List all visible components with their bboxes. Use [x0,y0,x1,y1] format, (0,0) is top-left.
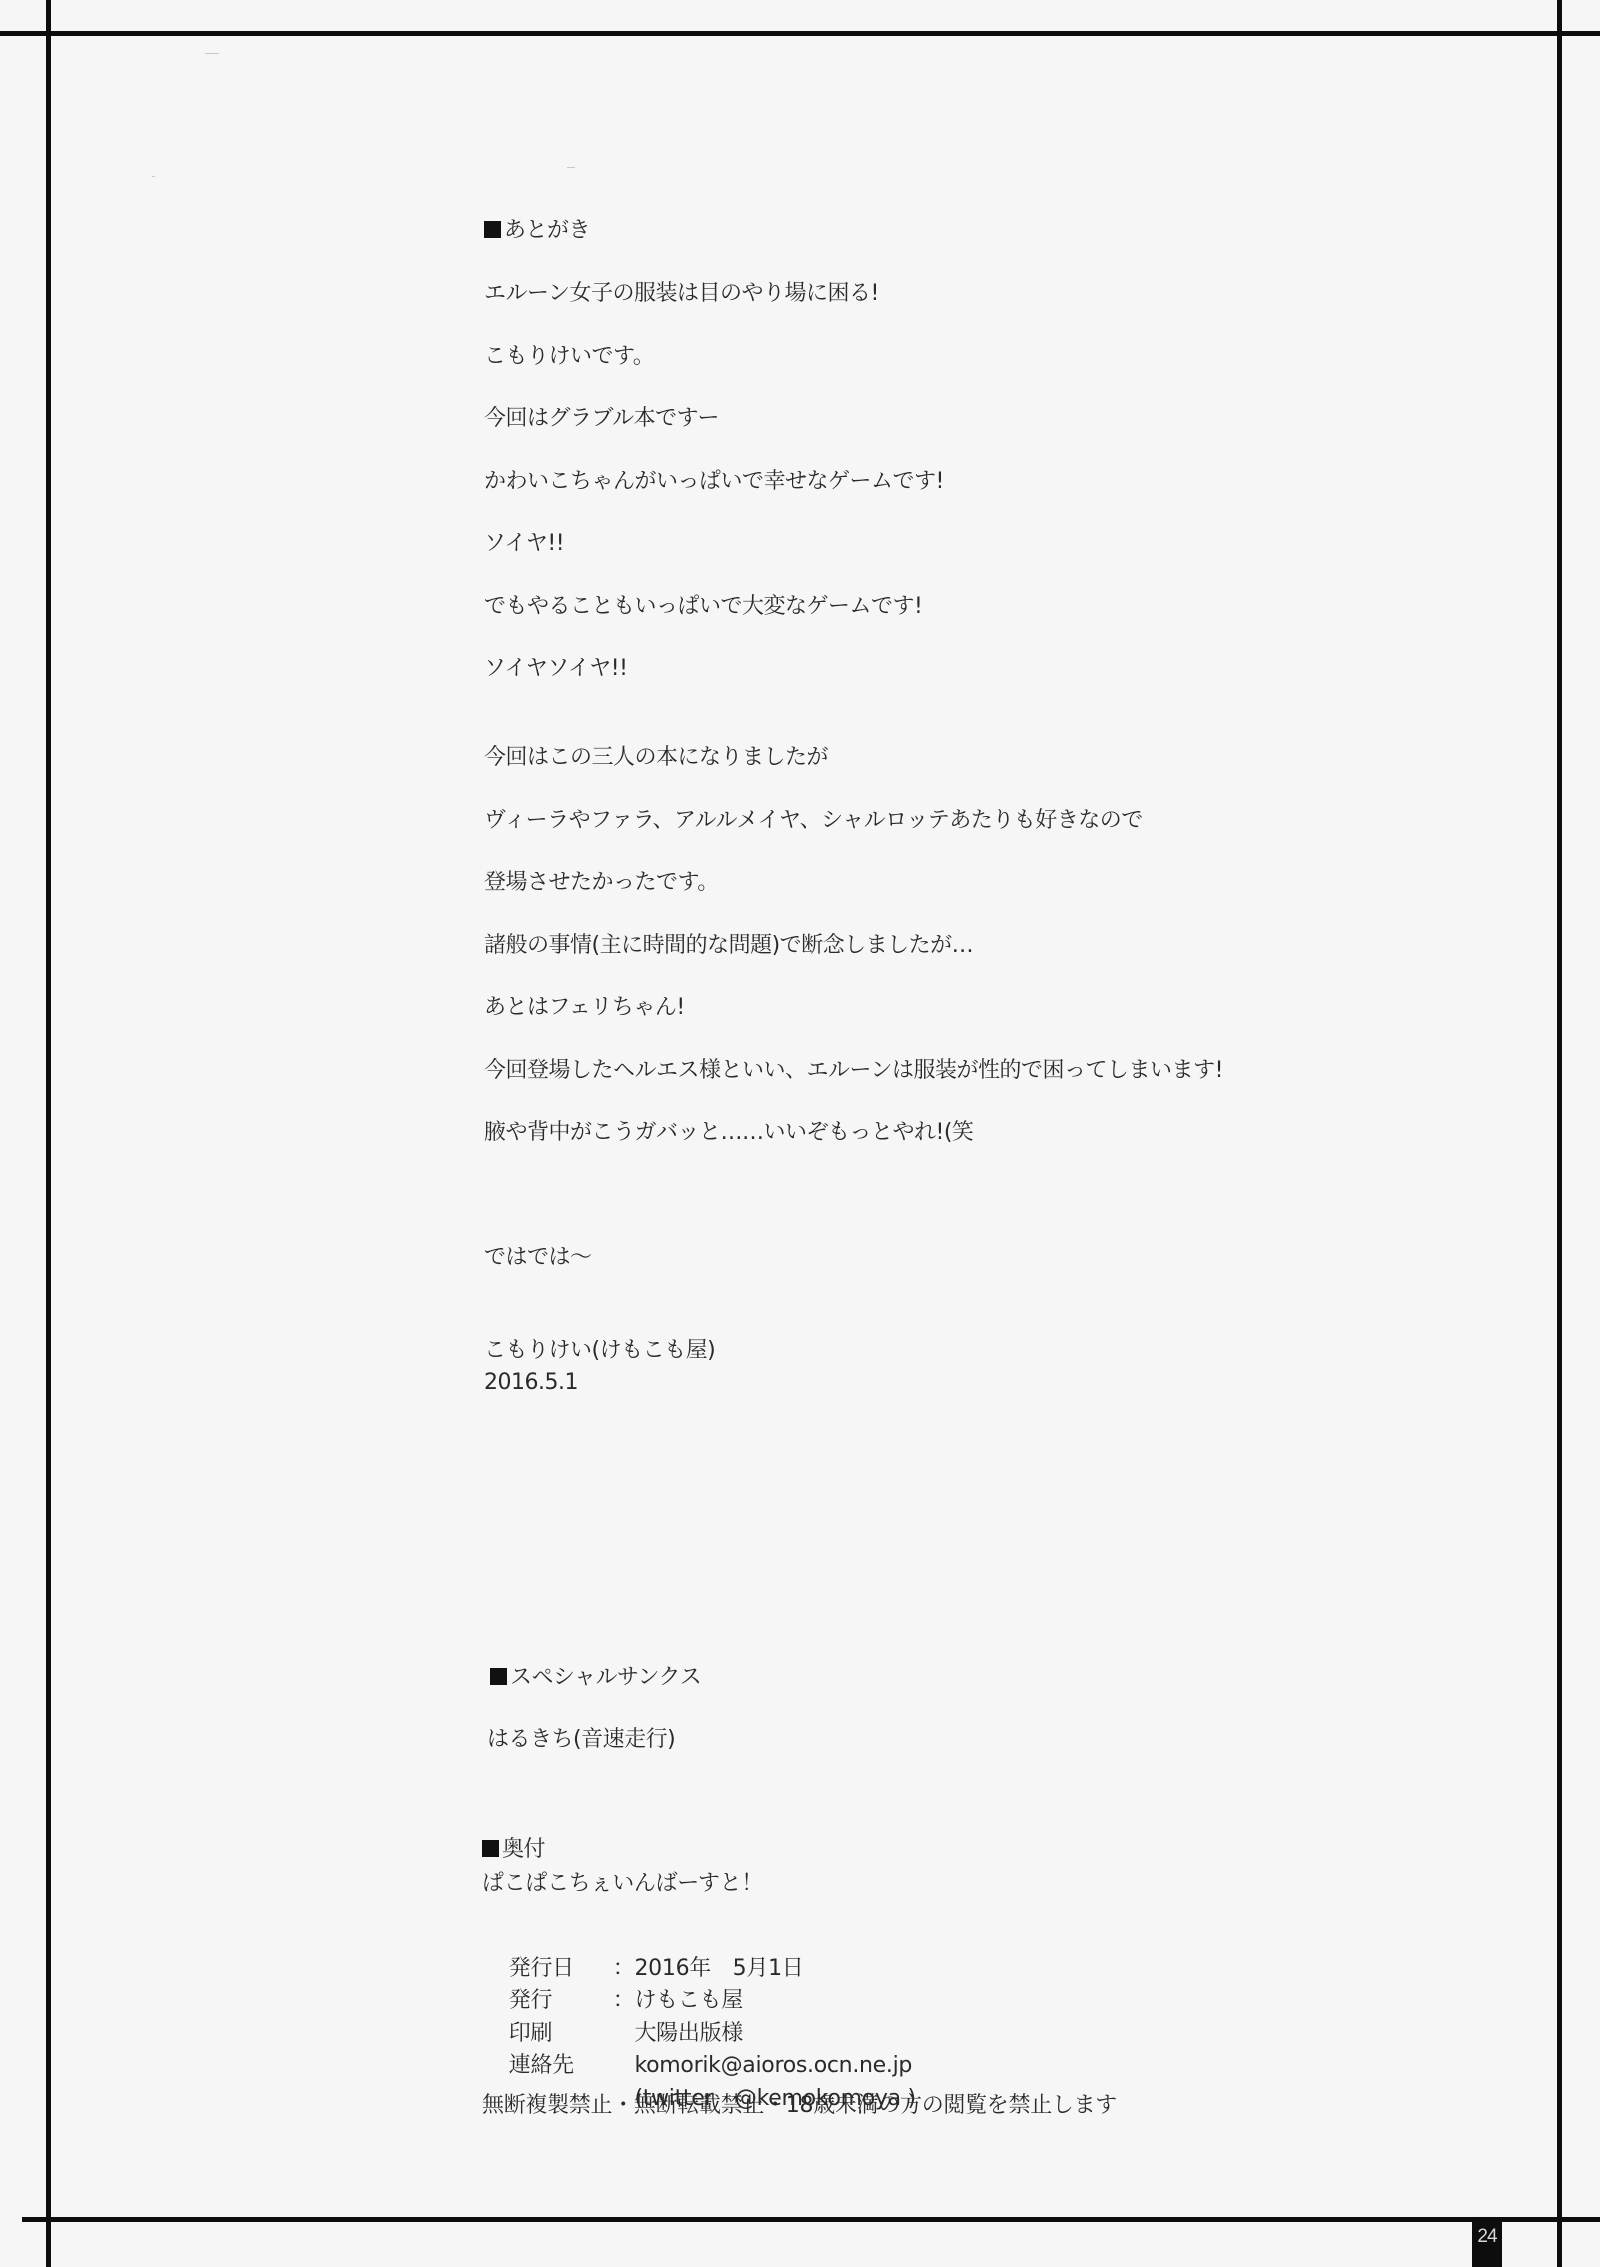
frame-rule-top [0,31,1600,36]
black-square-bullet-icon [484,221,501,238]
special-thanks-name: はるきち(音速走行) [487,1727,675,1753]
afterword-line: 諸般の事情(主に時間的な問題)で断念しましたが… [484,933,973,959]
afterword-date: 2016.5.1 [484,1370,578,1396]
afterword-line: 今回はこの三人の本になりましたが [484,745,828,771]
black-square-bullet-icon [482,1840,499,1857]
special-thanks-heading-text: スペシャルサンクス [510,1665,701,1690]
afterword-line: かわいこちゃんがいっぱいで幸せなゲームです! [484,469,944,495]
afterword-line: こもりけいです。 [484,344,654,370]
scan-speck [205,53,219,54]
scan-speck [567,167,575,168]
colophon-heading: 奥付 [482,1837,545,1863]
afterword-line: 今回はグラブル本ですー [484,406,719,432]
afterword-line: あとはフェリちゃん! [484,995,685,1021]
frame-rule-left [46,0,51,2267]
black-square-bullet-icon [490,1668,507,1685]
afterword-line: ソイヤ!! [484,531,564,557]
colophon-heading-text: 奥付 [502,1837,545,1862]
afterword-signature: こもりけい(けもこも屋) [484,1338,715,1364]
afterword-line: エルーン女子の服装は目のやり場に困る! [484,281,879,307]
special-thanks-heading: スペシャルサンクス [490,1665,701,1691]
scan-speck [152,176,155,177]
frame-rule-right [1557,0,1562,2267]
colophon-book-title: ぱこぱこちぇいんばーすと！ [482,1871,763,1897]
page-number: 24 [1472,2217,1502,2267]
afterword-heading-text: あとがき [504,218,590,243]
frame-rule-bottom [22,2217,1600,2222]
afterword-line: でもやることもいっぱいで大変なゲームです! [484,594,922,620]
afterword-line: ヴィーラやファラ、アルルメイヤ、シャルロッテあたりも好きなので [484,808,1143,834]
afterword-line: 腋や背中がこうガバッと……いいぞもっとやれ!(笑 [484,1120,973,1146]
afterword-closing: ではでは～ [484,1245,592,1271]
afterword-heading: あとがき [484,218,590,244]
afterword-line: 登場させたかったです。 [484,870,719,896]
colophon-notice: 無断複製禁止・無断転載禁止・18歳未満の方の閲覧を禁止します [482,2093,1117,2119]
afterword-line: ソイヤソイヤ!! [484,656,627,682]
afterword-line: 今回登場したヘルエス様といい、エルーンは服装が性的で困ってしまいます! [484,1058,1223,1084]
